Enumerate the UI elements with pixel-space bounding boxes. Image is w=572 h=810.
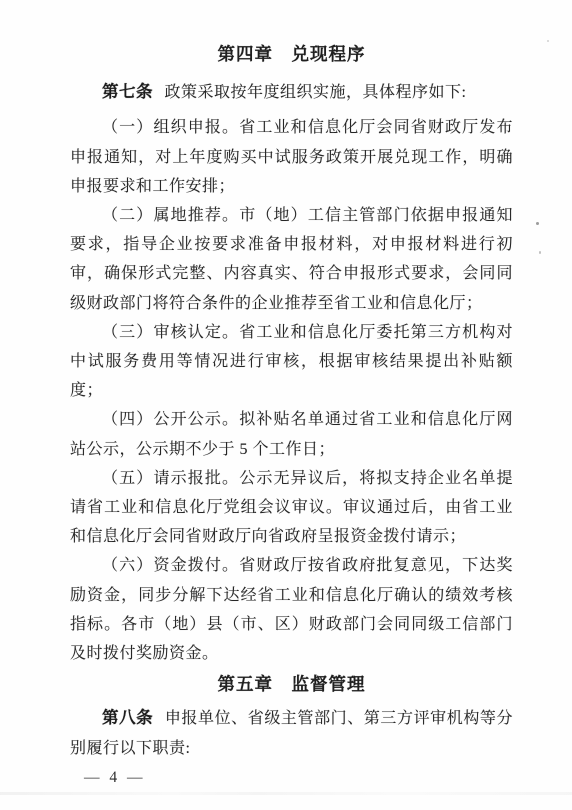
page-number: — 4 — xyxy=(84,769,513,787)
scan-speck xyxy=(536,222,539,225)
chapter-5-heading: 第五章 监督管理 xyxy=(70,670,513,699)
procedure-item-3: （三）审核认定。省工业和信息化厅委托第三方机构对中试服务费用等情况进行审核，根据… xyxy=(70,318,513,406)
article-7-number: 第七条 xyxy=(102,82,153,101)
procedure-item-5: （五）请示报批。公示无异议后，将拟支持企业名单提请省工业和信息化厅党组会议审议。… xyxy=(70,464,513,552)
article-8-paragraph: 第八条申报单位、省级主管部门、第三方评审机构等分别履行以下职责: xyxy=(70,703,513,762)
document-body: 第四章 兑现程序 第七条政策采取按年度组织实施，具体程序如下: （一）组织申报。… xyxy=(70,40,513,787)
scan-edge-artifact xyxy=(0,792,572,795)
scan-speck xyxy=(547,40,549,42)
scan-speck xyxy=(539,251,541,254)
article-8-number: 第八条 xyxy=(102,708,153,727)
procedure-item-6: （六）资金拨付。省财政厅按省政府批复意见，下达奖励资金，同步分解下达经省工业和信… xyxy=(70,551,513,668)
procedure-item-4: （四）公开公示。拟补贴名单通过省工业和信息化厅网站公示，公示期不少于 5 个工作… xyxy=(70,405,513,463)
article-7-paragraph: 第七条政策采取按年度组织实施，具体程序如下: xyxy=(70,77,513,107)
article-7-text: 政策采取按年度组织实施，具体程序如下: xyxy=(165,84,467,101)
procedure-item-1: （一）组织申报。省工业和信息化厅会同省财政厅发布申报通知，对上年度购买中试服务政… xyxy=(70,113,513,201)
procedure-item-2: （二）属地推荐。市（地）工信主管部门依据申报通知要求，指导企业按要求准备申报材料… xyxy=(70,201,513,318)
scanned-document-page: 第四章 兑现程序 第七条政策采取按年度组织实施，具体程序如下: （一）组织申报。… xyxy=(0,0,572,810)
chapter-4-heading: 第四章 兑现程序 xyxy=(70,40,513,69)
